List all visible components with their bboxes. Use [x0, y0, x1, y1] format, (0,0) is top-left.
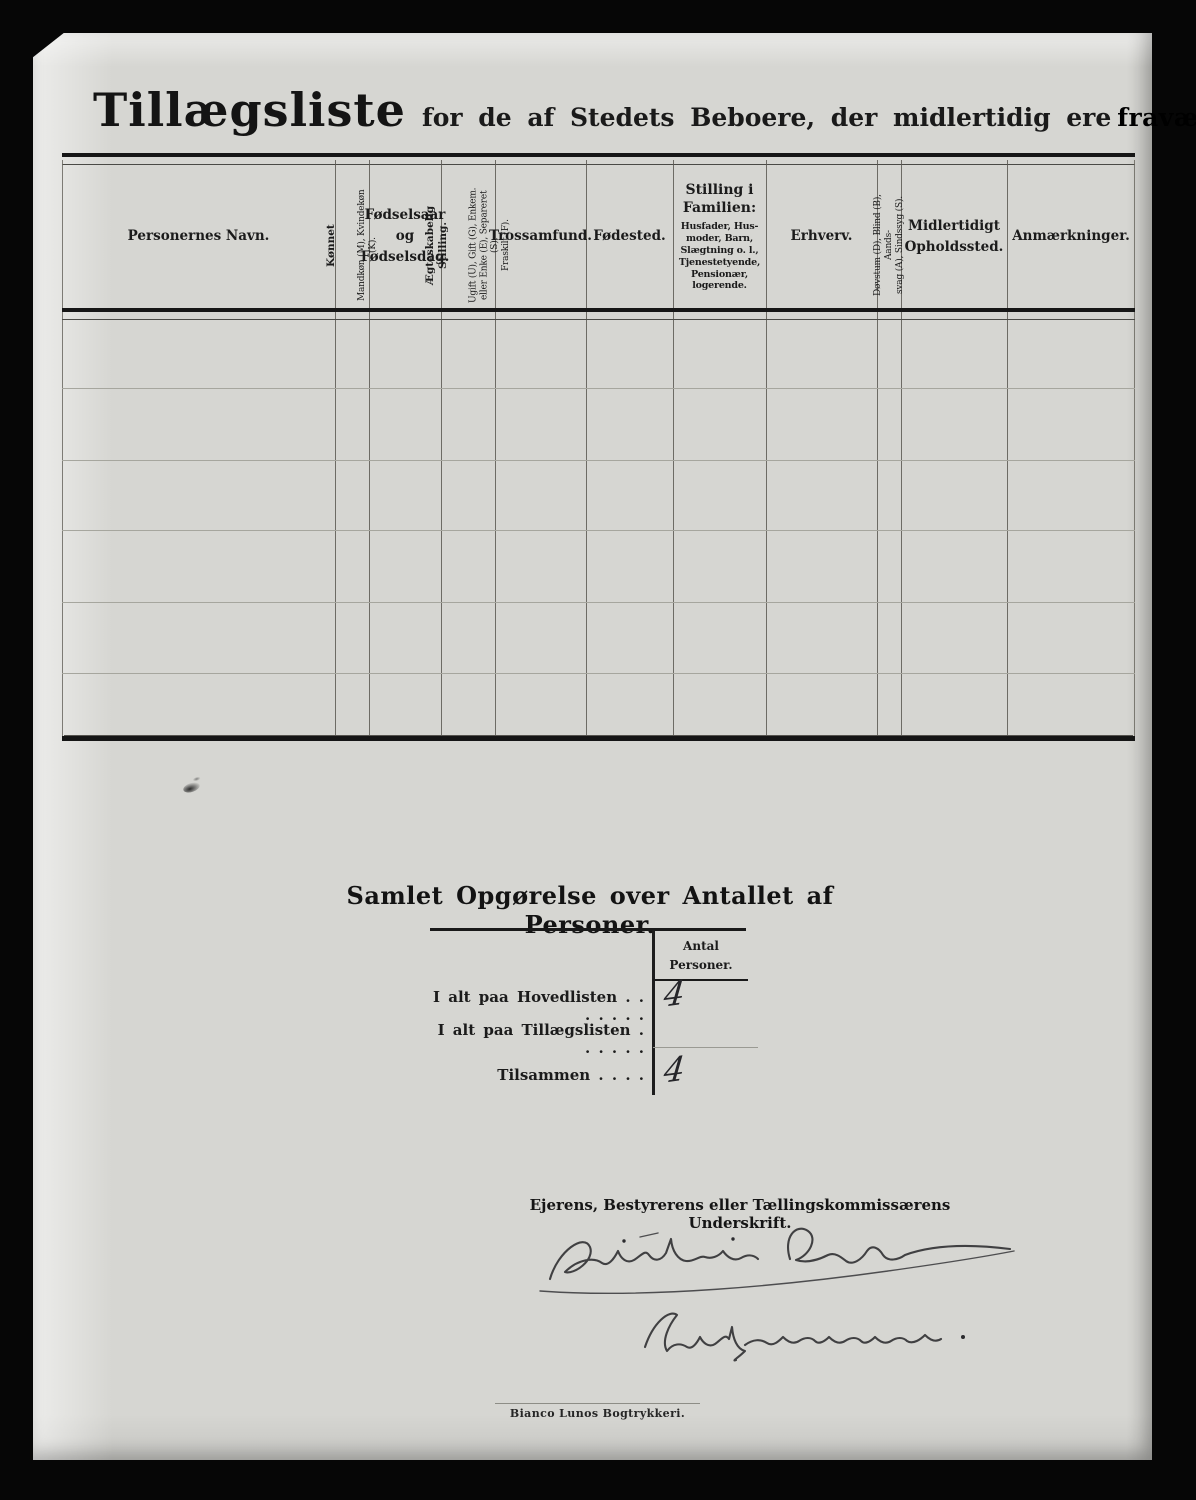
column-header-faith: Trossamfund. [495, 165, 586, 308]
column-header-disability: Døvstum (D), Blind (B), Aands- svag (A),… [877, 165, 901, 308]
summary-column-header: Antal Personer. [654, 937, 748, 974]
header-bottom-rule [62, 308, 1135, 320]
torn-corner [32, 32, 65, 58]
column-header-faith-label: Trossamfund. [489, 226, 592, 247]
summary-row-label: I alt paa Hovedlisten . . . . . . . [430, 988, 644, 1024]
row-line [62, 602, 1135, 603]
summary-row-label: Tilsammen . . . . [430, 1066, 644, 1084]
row-line [62, 388, 1135, 389]
summary-subtotal-rule [653, 1047, 758, 1048]
summary-value-hovedlisten: 4 [662, 972, 687, 1015]
summary-row-label: I alt paa Tillægslisten . . . . . . [430, 1021, 644, 1057]
column-header-remarks-label: Anmærkninger. [1012, 226, 1130, 247]
column-header-residence: Midlertidigt Opholdssted. [901, 165, 1007, 308]
handwritten-signature [528, 1215, 1028, 1310]
column-header-remarks: Anmærkninger. [1007, 165, 1135, 308]
title-rule [62, 153, 1135, 165]
row-line [62, 530, 1135, 531]
imprint-text: Bianco Lunos Bogtrykkeri. [485, 1407, 710, 1420]
column-header-name-label: Personernes Navn. [128, 226, 270, 247]
column-header-occupation-label: Erhverv. [791, 226, 853, 247]
row-line [62, 460, 1135, 461]
table-header-row: Personernes Navn. Kønnet Mandkøn (M), Kv… [62, 165, 1135, 308]
document-subtitle-emphasis: fraværende. [1117, 103, 1196, 132]
column-header-birthplace: Fødested. [586, 165, 673, 308]
handwritten-role [633, 1299, 1003, 1364]
summary-value-tilsammen: 4 [662, 1048, 687, 1091]
column-header-birthplace-label: Fødested. [593, 226, 665, 247]
summary-table: Antal Personer. I alt paa Hovedlisten . … [430, 928, 770, 1103]
column-header-sex-title: Kønnet [325, 183, 338, 308]
document-subtitle-text: for de af Stedets Beboere, der midlertid… [422, 103, 1111, 132]
column-header-family: Stilling i Familien: Husfader, Hus- mode… [673, 165, 766, 308]
column-header-marital-title: Ægteskabelig Stilling. [424, 183, 449, 308]
table-bottom-rule [62, 736, 1135, 741]
column-header-family-title: Stilling i Familien: [683, 181, 756, 217]
row-line [62, 673, 1135, 674]
column-header-family-sub: Husfader, Hus- moder, Barn, Slægtning o.… [679, 221, 760, 292]
column-header-marital: Ægteskabelig Stilling. Ugift (U), Gift (… [441, 165, 495, 308]
column-header-residence-label: Midlertidigt Opholdssted. [905, 216, 1004, 258]
summary-top-rule [430, 928, 746, 931]
document-title: Tillægsliste [93, 83, 406, 137]
ink-smudge [182, 781, 201, 795]
masthead: Tillægsliste for de af Stedets Beboere, … [93, 83, 1196, 137]
column-header-name: Personernes Navn. [62, 165, 335, 308]
imprint-rule [495, 1403, 700, 1404]
document-subtitle: for de af Stedets Beboere, der midlertid… [422, 103, 1196, 132]
document-page: Tillægsliste for de af Stedets Beboere, … [33, 33, 1152, 1460]
